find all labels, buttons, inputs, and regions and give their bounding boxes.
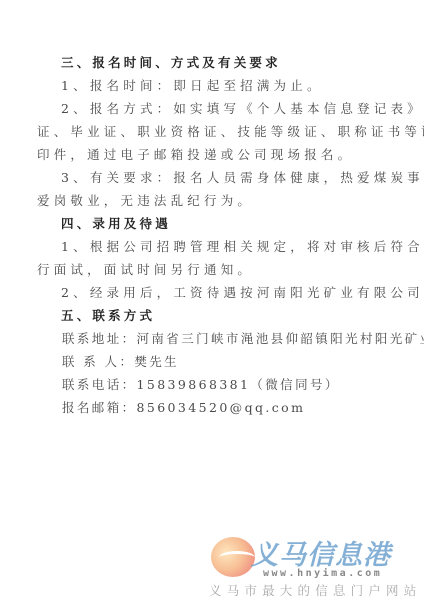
watermark-title: 义马信息港 [251,533,391,572]
section-heading-contact: 五、联系方式 [61,308,413,324]
section-heading-registration: 三、报名时间、方式及有关要求 [61,55,413,71]
document-page: 三、报名时间、方式及有关要求 1、报名时间：即日起至招满为止。 2、报名方式：如… [0,0,424,600]
paragraph-line: 1、根据公司招聘管理相关规定，将对审核后符合报名条件人员进 [61,239,413,255]
paragraph-line: 爱岗敬业，无违法乱纪行为。 [37,193,389,209]
paragraph-line: 2、报名方式：如实填写《个人基本信息登记表》并提供本人身份 [61,101,413,117]
paragraph-line: 1、报名时间：即日起至招满为止。 [61,78,413,94]
watermark-url: www.hnyima.com [263,568,382,579]
paragraph-line: 证、毕业证、职业资格证、技能等级证、职称证书等证书扫描件或复 [37,124,389,140]
section-heading-employment: 四、录用及待遇 [61,216,413,232]
paragraph-line: 印件，通过电子邮箱投递或公司现场报名。 [37,147,389,163]
swoosh-icon [219,551,255,564]
paragraph-line: 3、有关要求：报名人员需身体健康，热爱煤炭事业，吃苦耐劳， [61,170,413,186]
contact-person: 联 系 人：樊先生 [62,354,414,370]
contact-phone: 联系电话：15839868381（微信同号） [62,377,414,393]
contact-email: 报名邮箱：856034520@qq.com [62,400,414,416]
watermark-slogan: 义马市最大的信息门户网站 [209,581,421,599]
contact-address: 联系地址：河南省三门峡市渑池县仰韶镇阳光村阳光矿业 [62,331,414,347]
paragraph-line: 行面试，面试时间另行通知。 [37,262,389,278]
paragraph-line: 2、经录用后，工资待遇按河南阳光矿业有限公司薪酬制度执行。 [61,285,413,301]
site-watermark: 义马信息港 www.hnyima.com 义马市最大的信息门户网站 [205,525,424,600]
